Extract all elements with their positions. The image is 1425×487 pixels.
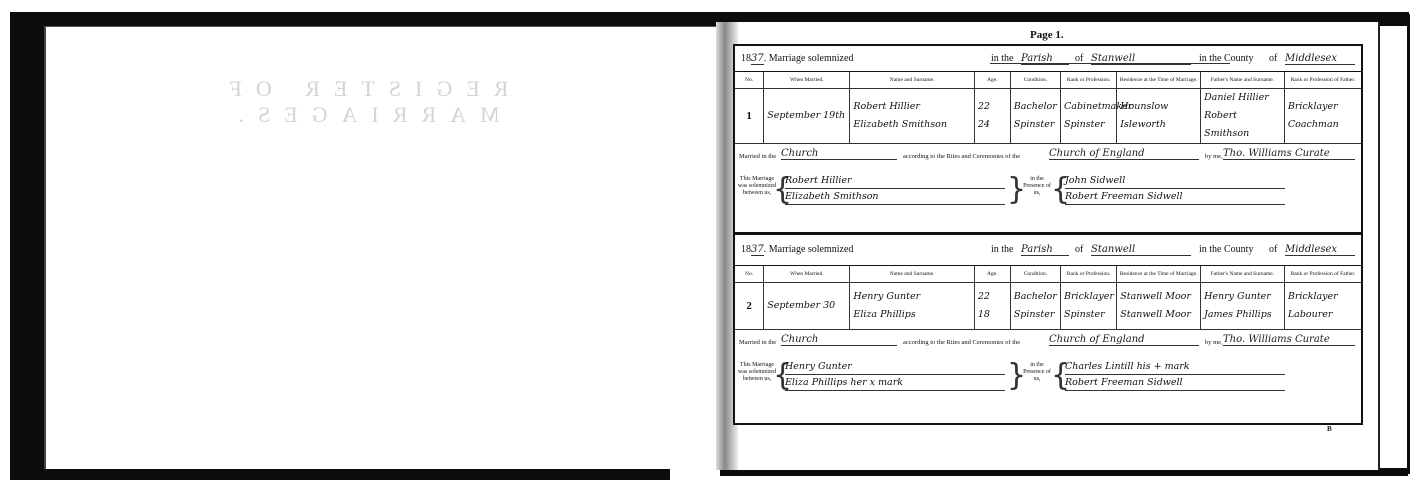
groom-father: Daniel Hillier bbox=[1204, 89, 1281, 107]
residences-cell: Stanwell MoorStanwell Moor bbox=[1117, 283, 1201, 330]
fathers-cell: Daniel HillierRobert Smithson bbox=[1201, 89, 1285, 144]
bride-residence: Stanwell Moor bbox=[1120, 306, 1197, 324]
witness-2: Robert Freeman Sidwell bbox=[1065, 190, 1285, 205]
groom-father: Henry Gunter bbox=[1204, 288, 1281, 306]
parish-name: Stanwell bbox=[1091, 244, 1191, 256]
groom-condition: Bachelor bbox=[1014, 98, 1057, 116]
year-suffix: 37 bbox=[751, 53, 764, 65]
groom-residence: Stanwell Moor bbox=[1120, 288, 1197, 306]
bride-age: 24 bbox=[978, 116, 1007, 134]
father-professions-cell: BricklayerCoachman bbox=[1284, 89, 1361, 144]
ages-cell: 2218 bbox=[974, 283, 1010, 330]
col-age: Age. bbox=[974, 72, 1010, 89]
county-name: Middlesex bbox=[1285, 244, 1355, 256]
married-in-value: Church bbox=[781, 148, 897, 160]
table-row: 2 September 30 Henry GunterEliza Phillip… bbox=[735, 283, 1361, 330]
names-cell: Henry GunterEliza Phillips bbox=[850, 283, 974, 330]
col-condition: Condition. bbox=[1010, 72, 1060, 89]
entry-header: 1837. Marriage solemnized in the Parish … bbox=[735, 46, 1361, 72]
father-professions-cell: BricklayerLabourer bbox=[1284, 283, 1361, 330]
binding-left bbox=[10, 12, 44, 474]
of-label: of bbox=[1075, 244, 1083, 255]
col-residence: Residence at the Time of Marriage. bbox=[1117, 72, 1201, 89]
county-name: Middlesex bbox=[1285, 53, 1355, 65]
names-cell: Robert HillierElizabeth Smithson bbox=[850, 89, 974, 144]
by-me-label: by me, bbox=[1205, 339, 1223, 346]
professions-cell: BricklayerSpinster bbox=[1061, 283, 1117, 330]
in-presence-label: in the Presence of us, bbox=[1023, 176, 1051, 197]
officiant-value: Tho. Williams Curate bbox=[1223, 334, 1355, 346]
signatures-block: This Marriage was solemnized between us,… bbox=[735, 354, 1361, 398]
groom-father-profession: Bricklayer bbox=[1288, 98, 1358, 116]
col-father-profession: Rank or Profession of Father. bbox=[1284, 72, 1361, 89]
this-marriage-label: This Marriage was solemnized between us, bbox=[737, 176, 777, 197]
bride-condition: Spinster bbox=[1014, 306, 1057, 324]
witness-1: Charles Lintill his + mark bbox=[1065, 360, 1285, 375]
col-father-profession: Rank or Profession of Father. bbox=[1284, 266, 1361, 283]
year-suffix: 37 bbox=[751, 244, 764, 256]
county-label: in the County bbox=[1199, 244, 1253, 255]
col-residence: Residence at the Time of Marriage. bbox=[1117, 266, 1201, 283]
year-prefix: 18 bbox=[741, 53, 751, 64]
col-father-name: Father's Name and Surname. bbox=[1201, 72, 1285, 89]
witness-1: John Sidwell bbox=[1065, 174, 1285, 189]
col-no: No. bbox=[735, 72, 764, 89]
in-presence-label: in the Presence of us, bbox=[1023, 362, 1051, 383]
col-when-married: When Married. bbox=[764, 266, 850, 283]
table-row: 1 September 19th Robert HillierElizabeth… bbox=[735, 89, 1361, 144]
married-in-label: Married in the bbox=[739, 153, 776, 160]
col-age: Age. bbox=[974, 266, 1010, 283]
bride-age: 18 bbox=[978, 306, 1007, 324]
signature-groom: Henry Gunter bbox=[785, 360, 1005, 375]
col-name: Name and Surname. bbox=[850, 72, 974, 89]
bride-father: James Phillips bbox=[1204, 306, 1281, 324]
col-when-married: When Married. bbox=[764, 72, 850, 89]
in-the-label: in the bbox=[991, 244, 1014, 255]
of-label: of bbox=[1269, 244, 1277, 255]
district-type: Parish bbox=[1021, 53, 1069, 65]
married-in-value: Church bbox=[781, 334, 897, 346]
bride-name: Elizabeth Smithson bbox=[853, 116, 970, 134]
signatures-block: This Marriage was solemnized between us,… bbox=[735, 168, 1361, 212]
ages-cell: 2224 bbox=[974, 89, 1010, 144]
entry-header: 1837. Marriage solemnized in the Parish … bbox=[735, 235, 1361, 266]
of-label: of bbox=[1269, 53, 1277, 64]
groom-age: 22 bbox=[978, 98, 1007, 116]
column-headers: No. When Married. Name and Surname. Age.… bbox=[735, 266, 1361, 283]
sheet-mark: B bbox=[1327, 425, 1332, 433]
parish-name: Stanwell bbox=[1091, 53, 1191, 65]
witness-2: Robert Freeman Sidwell bbox=[1065, 376, 1285, 391]
when-married: September 19th bbox=[764, 89, 850, 144]
ghost-title-bleedthrough: REGISTER OF MARRIAGES. bbox=[92, 76, 632, 128]
groom-name: Henry Gunter bbox=[853, 288, 970, 306]
groom-residence: Hounslow bbox=[1120, 98, 1197, 116]
of-label: of bbox=[1075, 53, 1083, 64]
bride-father-profession: Labourer bbox=[1288, 306, 1358, 324]
officiant-value: Tho. Williams Curate bbox=[1223, 148, 1355, 160]
col-condition: Condition. bbox=[1010, 266, 1060, 283]
when-married: September 30 bbox=[764, 283, 850, 330]
col-profession: Rank or Profession. bbox=[1061, 72, 1117, 89]
col-father-name: Father's Name and Surname. bbox=[1201, 266, 1285, 283]
bride-father-profession: Coachman bbox=[1288, 116, 1358, 134]
groom-condition: Bachelor bbox=[1014, 288, 1057, 306]
marriage-entry-2: 1837. Marriage solemnized in the Parish … bbox=[733, 233, 1363, 425]
col-name: Name and Surname. bbox=[850, 266, 974, 283]
rites-label: according to the Rites and Ceremonies of… bbox=[903, 339, 1020, 346]
married-in-label: Married in the bbox=[739, 339, 776, 346]
page-number: Page 1. bbox=[1030, 29, 1064, 41]
bride-residence: Isleworth bbox=[1120, 116, 1197, 134]
marriage-solemnized-label: . Marriage solemnized bbox=[764, 53, 854, 64]
signature-groom: Robert Hillier bbox=[785, 174, 1005, 189]
year-prefix: 18 bbox=[741, 244, 751, 255]
groom-age: 22 bbox=[978, 288, 1007, 306]
groom-profession: Bricklayer bbox=[1064, 288, 1113, 306]
binding-right bbox=[1407, 14, 1410, 474]
conditions-cell: BachelorSpinster bbox=[1010, 89, 1060, 144]
rites-value: Church of England bbox=[1049, 334, 1199, 346]
entry-number: 1 bbox=[735, 89, 764, 144]
bride-father: Robert Smithson bbox=[1204, 107, 1281, 143]
col-no: No. bbox=[735, 266, 764, 283]
rites-value: Church of England bbox=[1049, 148, 1199, 160]
bride-name: Eliza Phillips bbox=[853, 306, 970, 324]
register-table: No. When Married. Name and Surname. Age.… bbox=[735, 266, 1361, 329]
married-in-line: Married in the Church according to the R… bbox=[735, 329, 1361, 354]
signature-bride: Elizabeth Smithson bbox=[785, 190, 1005, 205]
rites-label: according to the Rites and Ceremonies of… bbox=[903, 153, 1020, 160]
by-me-label: by me, bbox=[1205, 153, 1223, 160]
groom-name: Robert Hillier bbox=[853, 98, 970, 116]
entry-number: 2 bbox=[735, 283, 764, 330]
professions-cell: CabinetmakerSpinster bbox=[1061, 89, 1117, 144]
col-profession: Rank or Profession. bbox=[1061, 266, 1117, 283]
fathers-cell: Henry GunterJames Phillips bbox=[1201, 283, 1285, 330]
column-headers: No. When Married. Name and Surname. Age.… bbox=[735, 72, 1361, 89]
this-marriage-label: This Marriage was solemnized between us, bbox=[737, 362, 777, 383]
marriage-entry-1: 1837. Marriage solemnized in the Parish … bbox=[733, 44, 1363, 234]
groom-father-profession: Bricklayer bbox=[1288, 288, 1358, 306]
register-table: No. When Married. Name and Surname. Age.… bbox=[735, 72, 1361, 143]
conditions-cell: BachelorSpinster bbox=[1010, 283, 1060, 330]
marriage-solemnized-label: . Marriage solemnized bbox=[764, 244, 854, 255]
married-in-line: Married in the Church according to the R… bbox=[735, 143, 1361, 168]
in-the-label: in the bbox=[991, 53, 1014, 64]
bride-condition: Spinster bbox=[1014, 116, 1057, 134]
district-type: Parish bbox=[1021, 244, 1069, 256]
county-label: in the County bbox=[1199, 53, 1253, 64]
groom-profession: Cabinetmaker bbox=[1064, 98, 1113, 116]
bride-profession: Spinster bbox=[1064, 306, 1113, 324]
bride-profession: Spinster bbox=[1064, 116, 1113, 134]
signature-bride: Eliza Phillips her x mark bbox=[785, 376, 1005, 391]
residences-cell: HounslowIsleworth bbox=[1117, 89, 1201, 144]
